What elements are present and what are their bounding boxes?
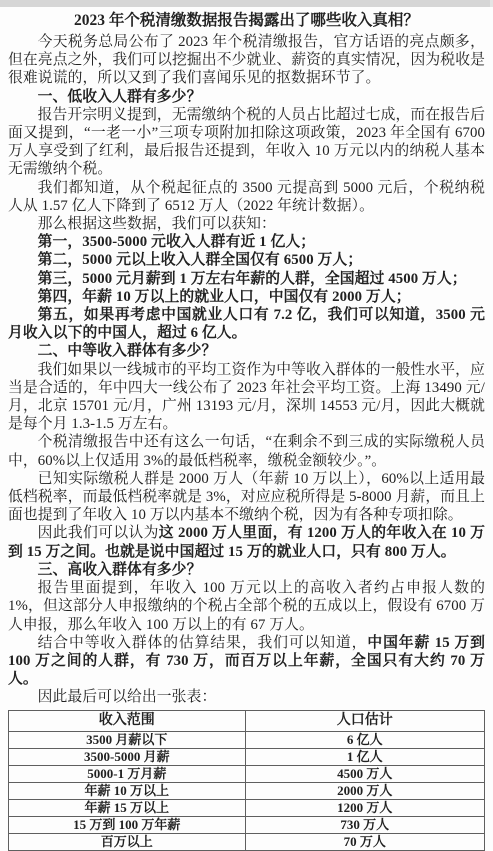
table-cell-population: 1 亿人	[245, 748, 484, 765]
paragraph-middle-income-2: 个税清缴报告中还有这么一句话，“在剩余不到三成的实际缴税人员中，60%以上仅适用…	[8, 433, 485, 469]
table-header-income-range: 收入范围	[9, 710, 246, 731]
paragraph-middle-income-1: 我们如果以一线城市的平均工资作为中等收入群体的一般性水平，应当是合适的，年中四大…	[8, 361, 485, 434]
paragraph-middle-income-3: 已知实际缴税人群是 2000 万人（年薪 10 万以上），60%以上适用最低档税…	[8, 470, 485, 525]
section-heading-high-income: 三、高收入群体有多少？	[8, 561, 485, 579]
conclusion-prefix-2: 结合中等收入群体的估算结果，我们可以知道，	[38, 635, 368, 651]
table-row: 年薪 10 万以上 2000 万人	[9, 782, 485, 799]
table-cell-income-range: 3500-5000 月薪	[9, 748, 246, 765]
scan-edge-top	[0, 0, 493, 7]
table-cell-income-range: 5000-1 万月薪	[9, 765, 246, 782]
table-cell-income-range: 3500 月薪以下	[9, 731, 246, 748]
table-header-row: 收入范围 人口估计	[9, 710, 485, 731]
table-header-population-estimate: 人口估计	[245, 710, 484, 731]
table-cell-income-range: 年薪 10 万以上	[9, 782, 246, 799]
section-heading-middle-income: 二、中等收入群体有多少？	[8, 342, 485, 360]
paragraph-high-income-2: 结合中等收入群体的估算结果，我们可以知道，中国年薪 15 万到 100 万之间的…	[8, 634, 485, 689]
page-title: 2023 年个税清缴数据报告揭露出了哪些收入真相？	[8, 10, 485, 31]
paragraph-intro: 今天税务总局公布了 2023 年个税清缴报告，官方话语的亮点颇多，但在亮点之外，…	[8, 33, 485, 88]
paragraph-low-income-3: 那么根据这些数据，我们可以获知：	[8, 215, 485, 233]
table-cell-population: 4500 万人	[245, 765, 484, 782]
point-item-5: 第五，如果再考虑中国就业人口有 7.2 亿，我们可以知道，3500 元月收入以下…	[8, 306, 485, 342]
income-table: 收入范围 人口估计 3500 月薪以下 6 亿人 3500-5000 月薪 1 …	[8, 710, 485, 800]
conclusion-prefix: 因此我们可以认为	[38, 525, 159, 541]
point-item-2: 第二，5000 元以上收入人群全国仅有 6500 万人；	[8, 251, 485, 269]
document-page: 2023 年个税清缴数据报告揭露出了哪些收入真相？ 今天税务总局公布了 2023…	[0, 7, 493, 800]
paragraph-low-income-1: 报告开宗明义提到，无需缴纳个税的人员占比超过七成，而在报告后面又提到，“一老一小…	[8, 106, 485, 179]
paragraph-high-income-1: 报告里面提到，年收入 100 万元以上的高收入者约占申报人数的 1%，但这部分人…	[8, 579, 485, 634]
point-item-3: 第三，5000 元月薪到 1 万左右年薪的人群，全国超过 4500 万人；	[8, 270, 485, 288]
point-item-4: 第四，年薪 10 万以上的就业人口，中国仅有 2000 万人；	[8, 288, 485, 306]
point-item-1: 第一，3500-5000 元收入人群有近 1 亿人；	[8, 233, 485, 251]
table-row: 5000-1 万月薪 4500 万人	[9, 765, 485, 782]
table-row: 3500-5000 月薪 1 亿人	[9, 748, 485, 765]
paragraph-middle-income-4: 因此我们可以认为这 2000 万人里面，有 1200 万人的年收入在 10 万到…	[8, 524, 485, 560]
paragraph-low-income-2: 我们都知道，从个税起征点的 3500 元提高到 5000 元后，个税纳税人从 1…	[8, 179, 485, 215]
paragraph-table-intro: 因此最后可以给出一张表：	[8, 688, 485, 706]
section-heading-low-income: 一、低收入人群有多少？	[8, 88, 485, 106]
table-cell-population: 6 亿人	[245, 731, 484, 748]
table-row: 3500 月薪以下 6 亿人	[9, 731, 485, 748]
table-cell-population: 2000 万人	[245, 782, 484, 799]
